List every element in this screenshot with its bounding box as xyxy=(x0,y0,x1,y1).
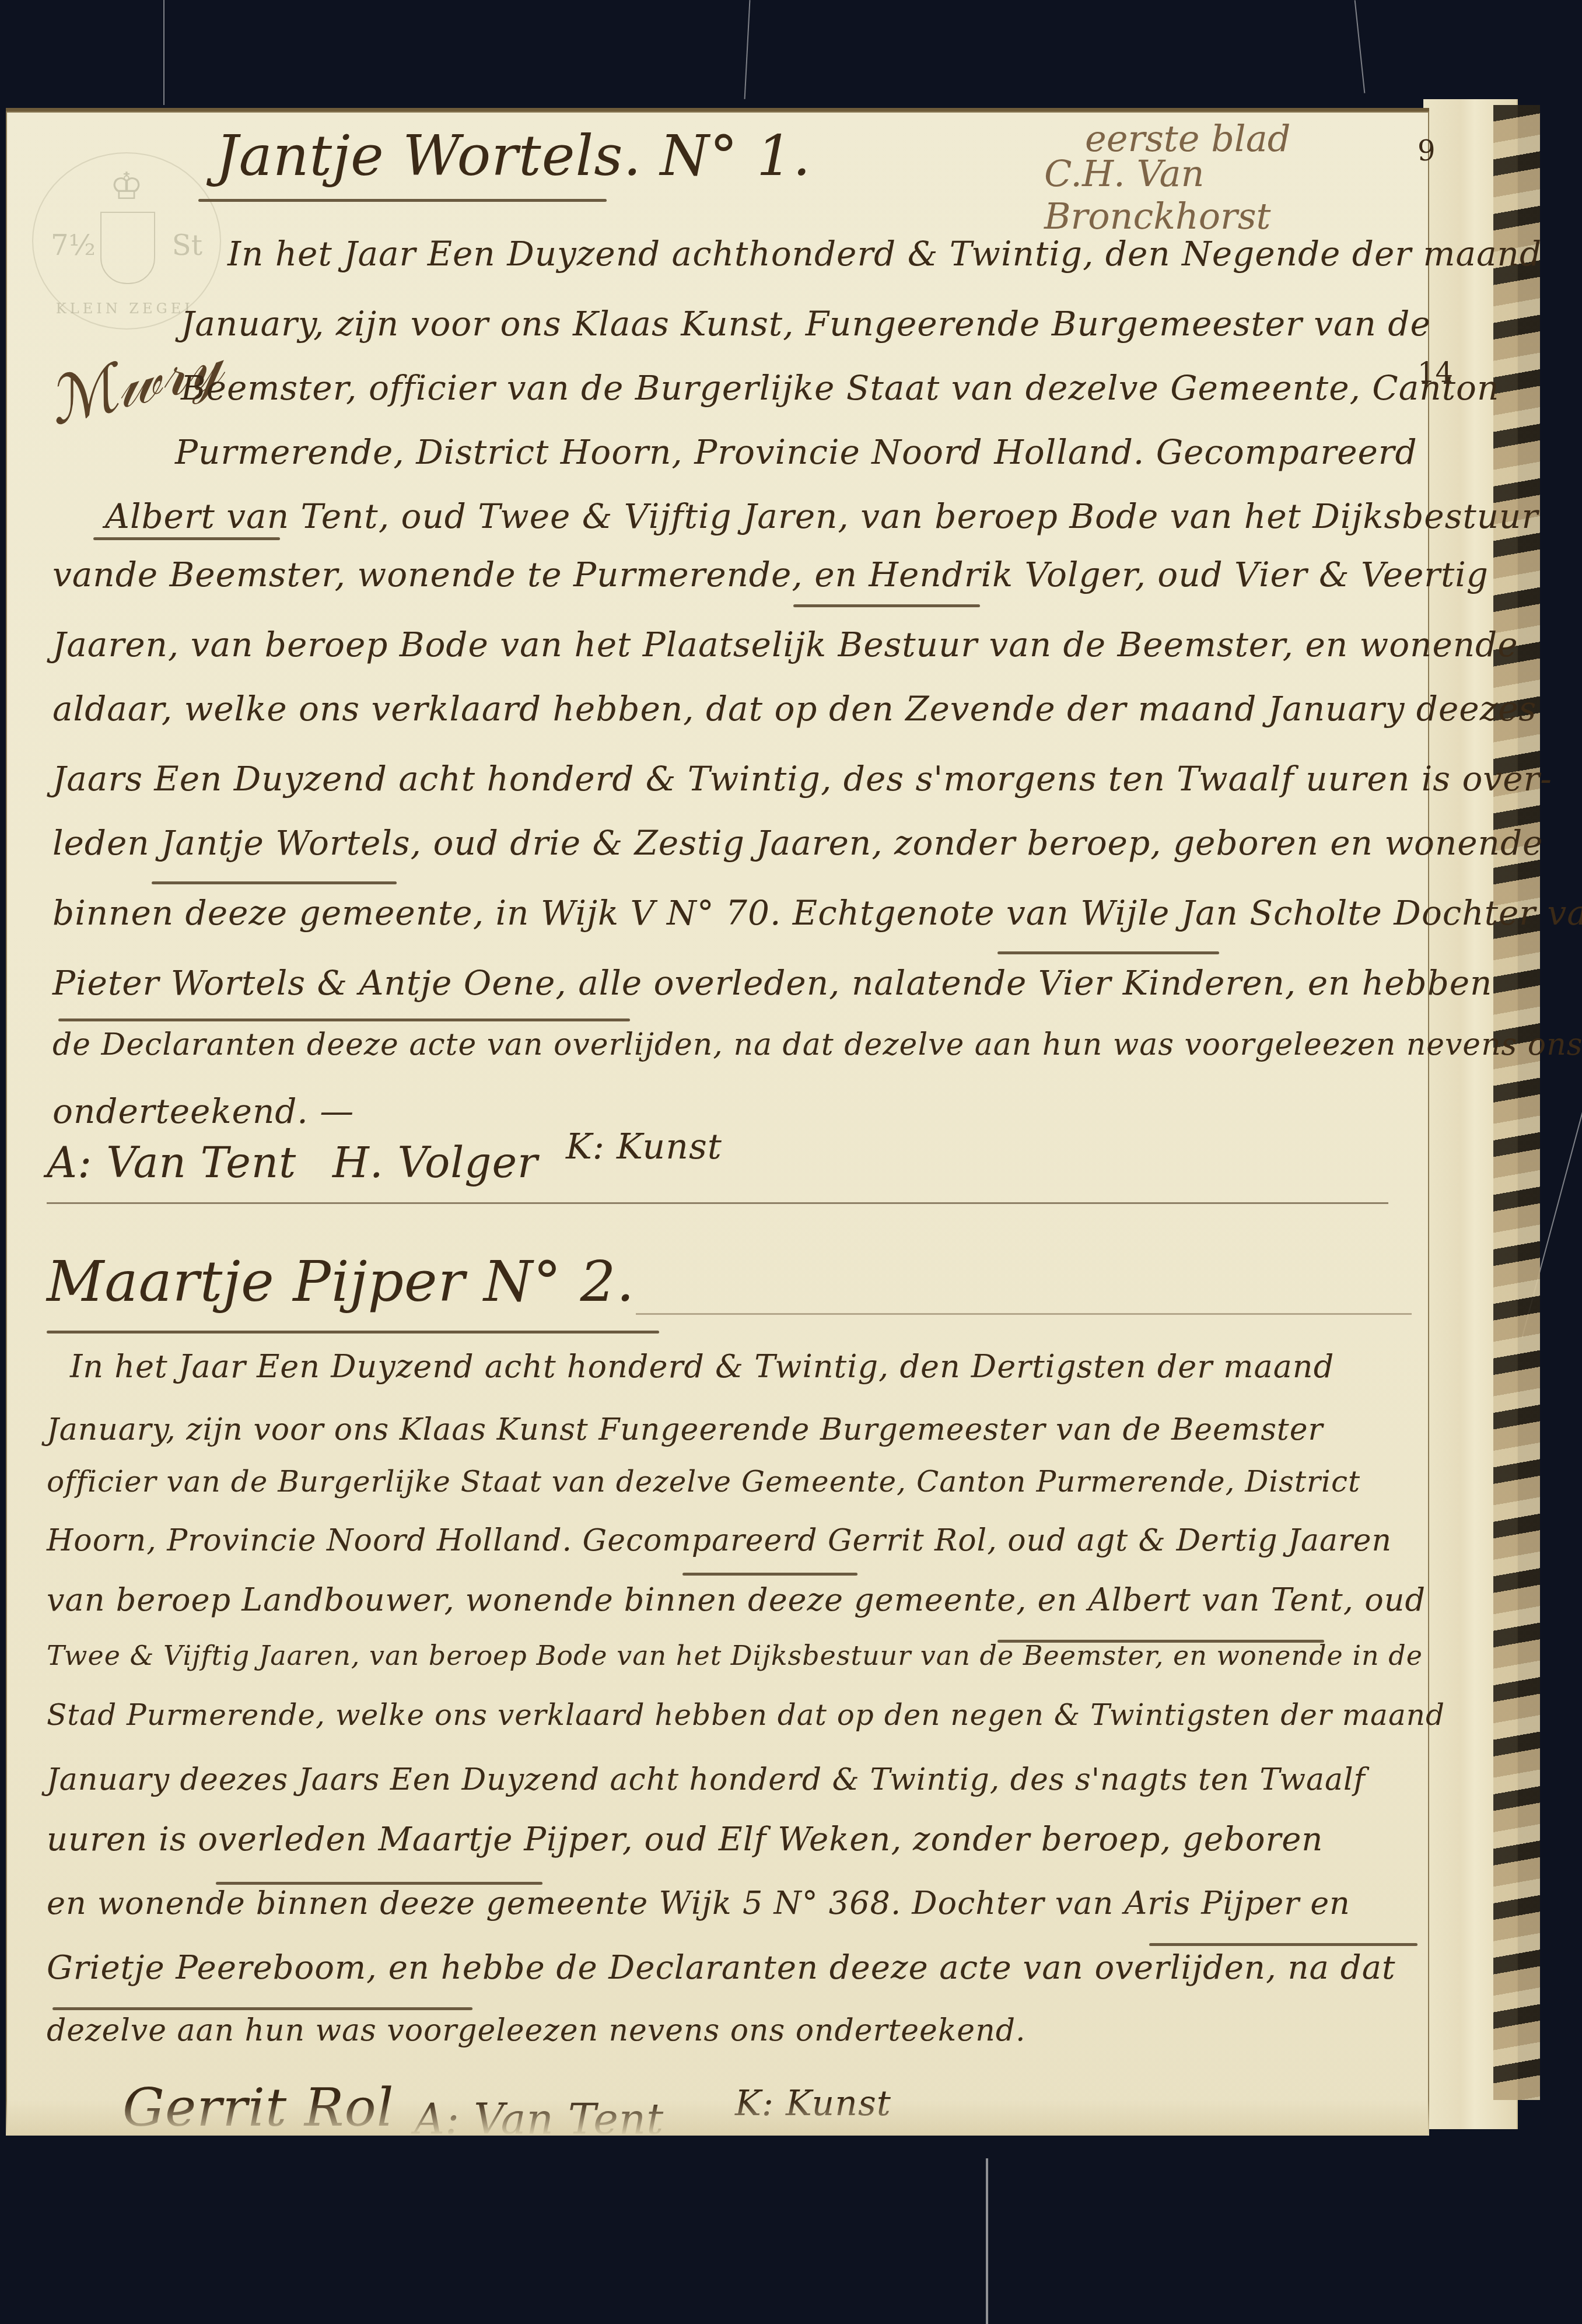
entry-1-line: onderteekend. — xyxy=(52,1091,354,1131)
entry-2-line: January deezes Jaars Een Duyzend acht ho… xyxy=(47,1762,1366,1797)
cloth-scratch xyxy=(163,0,164,105)
name-underline xyxy=(93,537,280,540)
name-underline xyxy=(793,604,980,607)
entry-2-line: dezelve aan hun was voorgeleezen nevens … xyxy=(47,2013,1025,2048)
name-underline xyxy=(52,2007,473,2010)
name-underline xyxy=(998,951,1219,954)
margin-number: 9 xyxy=(1417,135,1436,167)
entry-1-line: de Declaranten deeze acte van overlijden… xyxy=(52,1027,1582,1062)
crown-icon: ♔ xyxy=(33,165,220,208)
embossed-stamp: ♔ 7½ St KLEIN ZEGEL xyxy=(32,152,221,330)
stamp-value: 7½ xyxy=(51,229,96,262)
entry-1-line: January, zijn voor ons Klaas Kunst, Fung… xyxy=(181,304,1431,344)
signature-kunst: K: Kunst xyxy=(735,2083,891,2124)
entry-1-line: Purmerende, District Hoorn, Provincie No… xyxy=(175,432,1417,472)
entry-2-line: In het Jaar Een Duyzend acht honderd & T… xyxy=(70,1348,1334,1385)
entry-2-line: en wonende binnen deeze gemeente Wijk 5 … xyxy=(47,1885,1350,1922)
register-page: ♔ 7½ St KLEIN ZEGEL ℳ𝓌𝓇𝓎 eerste blad C.H… xyxy=(6,108,1429,2136)
entry-1-line: Beemster, officier van de Burgerlijke St… xyxy=(181,368,1499,408)
entry-1-line: aldaar, welke ons verklaard hebben, dat … xyxy=(52,689,1536,729)
entry-1-line: binnen deeze gemeente, in Wijk V N° 70. … xyxy=(52,893,1582,933)
name-underline xyxy=(216,1882,542,1885)
signature-van-tent: A: Van Tent xyxy=(414,2095,664,2144)
title-underline xyxy=(198,199,607,202)
entry-2-line: Hoorn, Provincie Noord Holland. Gecompar… xyxy=(47,1523,1392,1558)
binding-edge xyxy=(1493,105,1540,2100)
ruled-line xyxy=(636,1313,1412,1315)
name-underline xyxy=(152,881,397,884)
entry-2-line: van beroep Landbouwer, wonende binnen de… xyxy=(47,1581,1426,1618)
cloth-scratch xyxy=(744,0,751,99)
signature-kunst: K: Kunst xyxy=(566,1126,722,1167)
entry-1-line: In het Jaar Een Duyzend achthonderd & Tw… xyxy=(228,234,1542,274)
annotation-signature: C.H. Van Bronckhorst xyxy=(1044,152,1429,237)
entry-2-line: January, zijn voor ons Klaas Kunst Funge… xyxy=(47,1412,1323,1447)
name-underline xyxy=(682,1573,857,1576)
signature-volger: H. Volger xyxy=(332,1138,538,1187)
signature-van-tent: A: Van Tent xyxy=(47,1138,296,1187)
entry-2-title: Maartje Pijper N° 2. xyxy=(47,1249,635,1314)
entry-1-line: Jaars Een Duyzend acht honderd & Twintig… xyxy=(52,759,1552,799)
entry-1-title: Jantje Wortels. N° 1. xyxy=(216,123,811,188)
entry-2-line: Twee & Vijftig Jaaren, van beroep Bode v… xyxy=(47,1640,1423,1671)
entry-2-line: officier van de Burgerlijke Staat van de… xyxy=(47,1465,1360,1499)
margin-number: 14 xyxy=(1417,356,1453,389)
stamp-unit: St xyxy=(172,229,202,262)
cloth-scratch xyxy=(986,2158,988,2324)
entry-1-line: Pieter Wortels & Antje Oene, alle overle… xyxy=(52,963,1492,1003)
signature-gerrit-rol: Gerrit Rol xyxy=(123,2077,394,2138)
entry-2-line: Grietje Peereboom, en hebbe de Declarant… xyxy=(47,1949,1396,1987)
entry-1-line: Jaaren, van beroep Bode van het Plaatsel… xyxy=(52,625,1518,664)
title-underline xyxy=(47,1331,659,1333)
name-underline xyxy=(1149,1943,1417,1946)
shield-icon xyxy=(100,212,155,284)
cloth-scratch xyxy=(1354,0,1366,93)
entry-1-line: vande Beemster, wonende te Purmerende, e… xyxy=(52,555,1489,594)
entry-separator xyxy=(47,1202,1388,1204)
entry-2-line: uuren is overleden Maartje Pijper, oud E… xyxy=(47,1821,1323,1859)
name-underline xyxy=(58,1019,630,1021)
entry-1-line: Albert van Tent, oud Twee & Vijftig Jare… xyxy=(105,496,1538,536)
name-underline xyxy=(998,1640,1324,1643)
entry-1-line: leden Jantje Wortels, oud drie & Zestig … xyxy=(52,823,1543,863)
entry-2-line: Stad Purmerende, welke ons verklaard heb… xyxy=(47,1698,1445,1732)
